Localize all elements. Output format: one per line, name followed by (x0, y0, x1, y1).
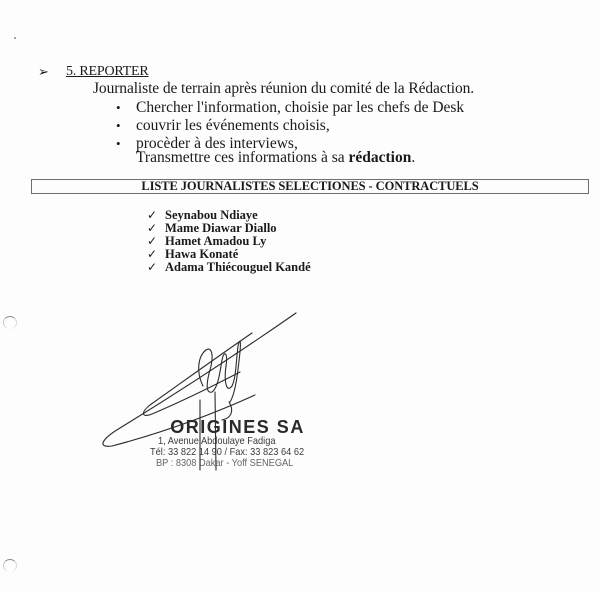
list-item: •couvrir les événements choisis, (112, 117, 464, 135)
checkmark-icon: ✓ (147, 261, 157, 274)
bullet-icon: • (116, 135, 121, 153)
section-title: 5. REPORTER (66, 64, 149, 80)
punch-hole-mark (3, 316, 17, 329)
company-stamp: ORIGINES SA 1, Avenue Abdoulaye Fadiga T… (150, 418, 325, 469)
stamp-city: BP : 8308 Dakar - Yoff SENEGAL (156, 458, 305, 469)
list-header-title: LISTE JOURNALISTES SELECTIONES - CONTRAC… (32, 179, 588, 194)
list-item: •Chercher l'information, choisie par les… (112, 99, 464, 117)
bullet-icon: • (116, 117, 121, 135)
stamp-company-name: ORIGINES SA (150, 418, 325, 436)
journalist-list: ✓Seynabou Ndiaye ✓Mame Diawar Diallo ✓Ha… (147, 209, 311, 274)
scan-speck (14, 37, 16, 39)
bold-word: rédaction (349, 149, 412, 166)
bullet-icon: • (116, 99, 121, 117)
task-list: •Chercher l'information, choisie par les… (112, 99, 464, 153)
list-item: ✓Adama Thiécouguel Kandé (147, 261, 311, 274)
task-continuation: Transmettre ces informations à sa rédact… (136, 149, 415, 167)
punch-hole-mark (3, 559, 17, 572)
list-header-box: LISTE JOURNALISTES SELECTIONES - CONTRAC… (31, 179, 589, 194)
section-intro: Journaliste de terrain après réunion du … (93, 80, 474, 98)
arrow-bullet-icon: ➢ (38, 64, 49, 80)
